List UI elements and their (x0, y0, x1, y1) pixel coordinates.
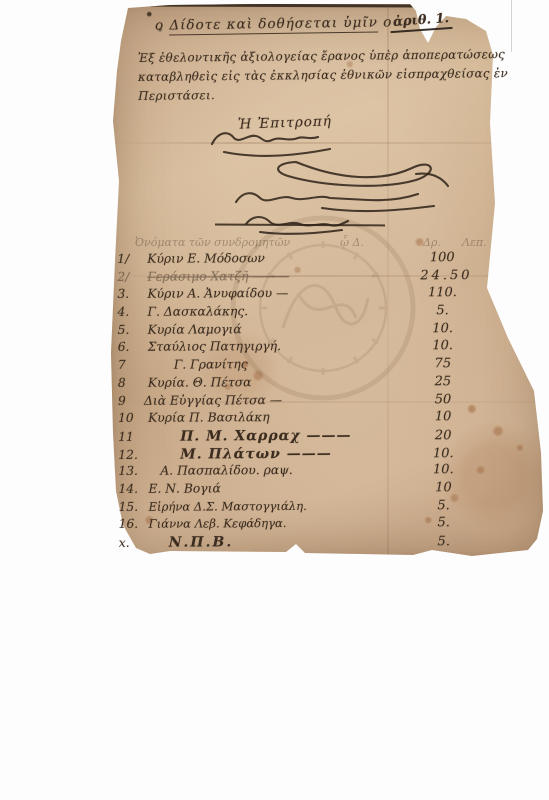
amount-value: 100 (420, 250, 464, 265)
column-header-lepta: Λεπ. (462, 236, 487, 249)
subscriber-name: Μ. Πλάτων ——— (142, 445, 421, 462)
table-row: 2/ Γεράσιμο Χατζῆ ——— 24.50 (117, 268, 464, 288)
amount-value: 25 (421, 374, 465, 389)
row-number: 14. (118, 482, 142, 496)
signature-flourish-1 (212, 133, 330, 156)
table-row: 10 Κυρία Π. Βασιλάκη 10 (118, 409, 465, 429)
row-number: 10 (118, 411, 142, 425)
column-header-mid: ᾧ Δ. (340, 236, 364, 249)
amount-value: 10 (421, 480, 465, 495)
amount-value: 5. (422, 534, 466, 549)
column-header-drachmas: Δρ. (423, 236, 441, 249)
row-number: 4. (117, 305, 141, 319)
motto-heading: ο Δίδοτε καὶ δοθήσεται ὑμῖν ο (155, 14, 392, 33)
amount-value: 10. (421, 339, 465, 354)
motto-text: Δίδοτε καὶ δοθήσεται ὑμῖν (169, 15, 378, 36)
subscriber-name: Γεράσιμο Χατζῆ ——— (141, 268, 420, 283)
table-row: 14. Ε. Ν. Βογιά 10 (118, 480, 465, 500)
subscriber-name: Π. Μ. Χαρραχ ——— (142, 427, 421, 444)
subscriber-name: Γιάννα Λεβ. Κεφάδηγα. (143, 516, 422, 531)
signatures-block (200, 126, 456, 238)
row-number: x. (119, 536, 143, 550)
table-row: 11 Π. Μ. Χαρραχ ——— 20 (118, 427, 465, 447)
table-row: 7 Γ. Γρανίτης 75 (118, 356, 465, 376)
table-row: 8 Κυρία. Θ. Πέτσα 25 (118, 374, 465, 394)
motto-ornament: ο (155, 17, 170, 33)
subscription-table: 1/ Κύριν Ε. Μόδοσων 100 2/ Γεράσιμο Χατζ… (117, 250, 466, 553)
subscriber-name: Κύριν Α. Ἀνυφαίδου — (141, 286, 420, 301)
amount-value: 5. (420, 303, 464, 318)
table-row: 16. Γιάννα Λεβ. Κεφάδηγα. 5. (119, 515, 466, 535)
subscriber-name: Εἰρήνα Δ.Σ. Μαστογγιάλη. (143, 498, 422, 513)
row-number: 3. (117, 287, 141, 301)
intro-line: καταβληθεὶς εἰς τὰς ἐκκλησίας ἐθνικῶν εἰ… (138, 64, 508, 87)
subscriber-name: Κύριν Ε. Μόδοσων (141, 250, 420, 265)
subscriber-name: Σταύλιος Πατηγιργή. (142, 339, 421, 354)
amount-value: 50 (421, 392, 465, 407)
table-row: 12. Μ. Πλάτων ——— 10. (118, 445, 465, 465)
amount-value: 110. (420, 285, 464, 300)
row-number: 16. (119, 517, 143, 531)
signature-flourish-underswash (278, 162, 448, 186)
subscriber-name: Κυρία Π. Βασιλάκη (142, 410, 421, 425)
table-row: 1/ Κύριν Ε. Μόδοσων 100 (117, 250, 464, 270)
intro-line: Περιστάσει. (138, 83, 508, 106)
subscriber-name: Γ. Δασκαλάκης. (141, 303, 420, 318)
amount-value: 5. (422, 515, 466, 530)
row-number: 1/ (117, 252, 141, 266)
table-row: 5. Κυρία Λαμογιά 10. (118, 321, 465, 341)
amount-value: 5. (422, 498, 466, 513)
column-header-names: Ὀνόματα τῶν συνδρομητῶν (135, 236, 290, 249)
row-number: 2/ (117, 269, 141, 283)
table-row: x. Ν.Π.Β. 5. (119, 533, 466, 553)
torn-edge-line (135, 4, 416, 7)
row-number: 11 (118, 430, 142, 444)
row-number: 12. (118, 447, 142, 461)
scanner-edge-artifact (511, 0, 512, 52)
row-number: 6. (118, 340, 142, 354)
table-row: 15. Εἰρήνα Δ.Σ. Μαστογγιάλη. 5. (119, 498, 466, 518)
row-number: 5. (118, 323, 142, 337)
row-number: 15. (119, 499, 143, 513)
table-row: 6. Σταύλιος Πατηγιργή. 10. (118, 339, 465, 359)
row-number: 13. (118, 464, 142, 478)
subscriber-name: Διὰ Εὐγγίας Πέτσα — (142, 392, 421, 407)
subscriber-name: Ν.Π.Β. (143, 533, 422, 550)
table-row: 13. Α. Πασπαλίδου. ραψ. 10. (118, 462, 465, 482)
table-row: 9 Διὰ Εὐγγίας Πέτσα — 50 (118, 392, 465, 412)
amount-value: 24.50 (420, 268, 464, 283)
subscriber-name: Κυρία. Θ. Πέτσα (142, 374, 421, 389)
subscriber-name: Α. Πασπαλίδου. ραψ. (142, 463, 421, 478)
amount-value: 10. (421, 321, 465, 336)
amount-value: 10. (421, 462, 465, 477)
subscriber-name: Ε. Ν. Βογιά (142, 480, 421, 495)
scan-background: ο Δίδοτε καὶ δοθήσεται ὑμῖν ο ἀριθ. 1. Ἐ… (0, 0, 549, 800)
intro-paragraph: Ἐξ ἐθελοντικῆς ἀξιολογείας ἔρανος ὑπὲρ ἀ… (138, 45, 509, 106)
amount-value: 20 (421, 428, 465, 443)
amount-value: 10. (421, 446, 465, 461)
row-number: 8 (118, 376, 142, 390)
subscriber-name: Κυρία Λαμογιά (142, 321, 421, 336)
amount-value: 10 (421, 409, 465, 424)
row-number: 7 (118, 358, 142, 372)
row-number: 9 (118, 393, 142, 407)
amount-value: 75 (421, 356, 465, 371)
subscriber-name: Γ. Γρανίτης (142, 356, 421, 371)
table-row: 3. Κύριν Α. Ἀνυφαίδου — 110. (117, 285, 464, 305)
signature-flourish-2 (236, 193, 434, 211)
table-row: 4. Γ. Δασκαλάκης. 5. (117, 303, 464, 323)
